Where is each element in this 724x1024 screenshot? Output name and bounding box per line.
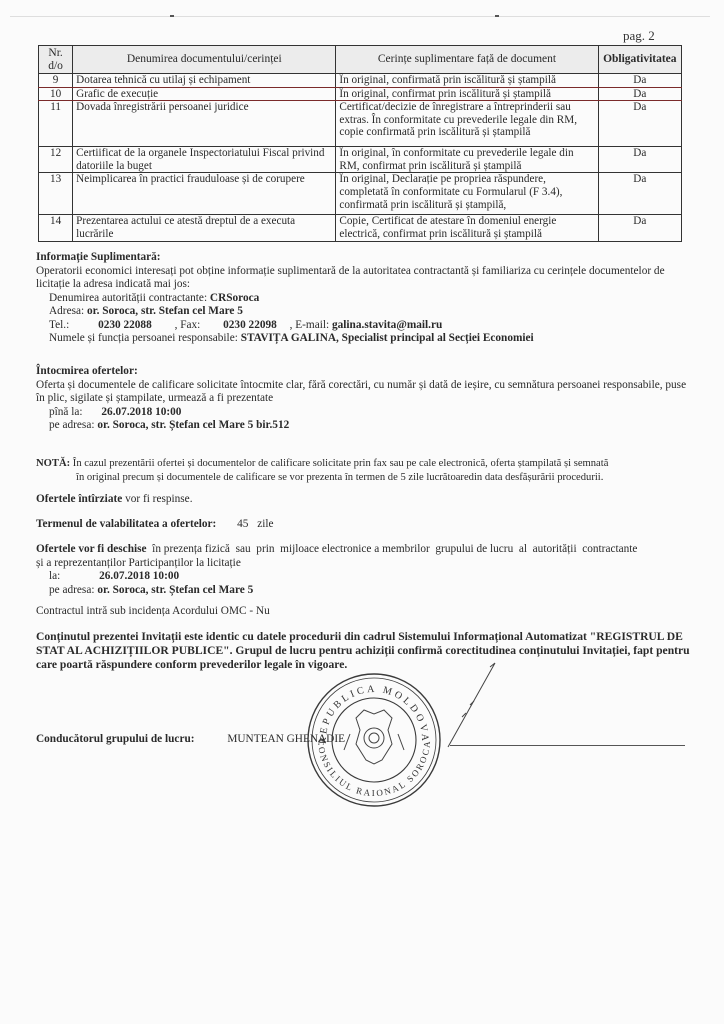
cell-requirements: În original, confirmată prin iscălitură … bbox=[336, 74, 598, 88]
opening-rest: în prezența fizică sau prin mijloace ele… bbox=[147, 543, 638, 555]
page-number: pag. 2 bbox=[623, 28, 655, 44]
opening-line-1: Ofertele vor fi deschise în prezența fiz… bbox=[36, 543, 696, 557]
note-line-1: NOTĂ: În cazul prezentării ofertei și do… bbox=[36, 457, 696, 471]
cell-requirements: În original, Declarație pe propriea răsp… bbox=[336, 173, 598, 215]
cell-mandatory: Da bbox=[598, 147, 681, 173]
table-row: 12 Certiificat de la organele Inspectori… bbox=[39, 147, 682, 173]
cell-mandatory: Da bbox=[598, 87, 681, 101]
opening-section: Ofertele vor fi deschise în prezența fiz… bbox=[36, 543, 696, 597]
cell-requirements: Copie, Certificat de atestare în domeniu… bbox=[336, 215, 598, 242]
authority-row: Denumirea autorității contractante: CRSo… bbox=[36, 292, 686, 306]
validity-unit: zile bbox=[257, 518, 273, 530]
col-header-mandatory: Obligativitatea bbox=[598, 46, 681, 74]
requirements-table: Nr. d/o Denumirea documentului/cerinței … bbox=[38, 45, 682, 242]
authority-label: Denumirea autorității contractante: bbox=[49, 292, 207, 304]
validity-line: Termenul de valabilitatea a ofertelor: 4… bbox=[36, 518, 274, 532]
late-offers-rest: vor fi respinse. bbox=[122, 493, 192, 505]
cell-document: Dotarea tehnică cu utilaj și echipament bbox=[73, 74, 336, 88]
tel-value: 0230 22088 bbox=[98, 319, 152, 331]
late-offers-bold: Ofertele întîrziate bbox=[36, 493, 122, 505]
signature-row: Conducătorul grupului de lucru: MUNTEAN … bbox=[36, 733, 345, 747]
offers-heading: Întocmirea ofertelor: bbox=[36, 365, 688, 379]
opening-bold: Ofertele vor fi deschise bbox=[36, 543, 147, 555]
cell-nr: 13 bbox=[39, 173, 73, 215]
table-row: 13 Neimplicarea în practici frauduloase … bbox=[39, 173, 682, 215]
note-text-1: În cazul prezentării ofertei și document… bbox=[73, 458, 609, 469]
statement-paragraph: Conținutul prezentei Invitații este iden… bbox=[36, 630, 696, 672]
tel-label: Tel.: bbox=[49, 319, 69, 331]
signature-stroke-icon bbox=[440, 655, 500, 755]
scan-artifact-line bbox=[10, 16, 710, 17]
address-label: Adresa: bbox=[49, 305, 84, 317]
responsible-person-value: STAVIȚA GALINA, Specialist principal al … bbox=[241, 332, 534, 344]
scan-artifact-dot bbox=[495, 15, 499, 17]
offers-address-row: pe adresa: or. Soroca, str. Ștefan cel M… bbox=[36, 419, 688, 433]
offers-text: Oferta și documentele de calificare soli… bbox=[36, 379, 688, 406]
opening-address-label: pe adresa: bbox=[49, 584, 94, 596]
address-value: or. Soroca, str. Stefan cel Mare 5 bbox=[87, 305, 243, 317]
col-header-requirements: Cerințe suplimentare față de document bbox=[336, 46, 598, 74]
table-row: 10 Grafic de execuție În original, confi… bbox=[39, 87, 682, 101]
offers-address-label: pe adresa: bbox=[49, 419, 94, 431]
official-stamp-icon: REPUBLICA MOLDOVA CONSILIUL RAIONAL SORO… bbox=[304, 670, 444, 810]
cell-requirements: Certificat/decizie de înregistrare a înt… bbox=[336, 101, 598, 147]
table-row: 9 Dotarea tehnică cu utilaj și echipamen… bbox=[39, 74, 682, 88]
cell-requirements: În original, confirmat prin iscălitură ș… bbox=[336, 87, 598, 101]
opening-address-row: pe adresa: or. Soroca, str. Ștefan cel M… bbox=[36, 584, 696, 598]
validity-label: Termenul de valabilitatea a ofertelor: bbox=[36, 518, 216, 530]
fax-label: , Fax: bbox=[175, 319, 201, 331]
cell-document: Prezentarea actului ce atestă dreptul de… bbox=[73, 215, 336, 242]
validity-value: 45 bbox=[237, 518, 248, 530]
deadline-value: 26.07.2018 10:00 bbox=[101, 406, 181, 418]
opening-date-label: la: bbox=[49, 570, 60, 582]
offers-address-value: or. Soroca, str. Ștefan cel Mare 5 bir.5… bbox=[97, 419, 289, 431]
col-header-document: Denumirea documentului/cerinței bbox=[73, 46, 336, 74]
offers-deadline-row: pînă la: 26.07.2018 10:00 bbox=[36, 406, 688, 420]
responsible-person-row: Numele și funcția persoanei responsabile… bbox=[36, 332, 686, 346]
cell-document: Grafic de execuție bbox=[73, 87, 336, 101]
cell-mandatory: Da bbox=[598, 74, 681, 88]
col-header-nr: Nr. d/o bbox=[39, 46, 73, 74]
note-label: NOTĂ: bbox=[36, 458, 70, 469]
authority-value: CRSoroca bbox=[210, 292, 259, 304]
cell-document: Dovada înregistrării persoanei juridice bbox=[73, 101, 336, 147]
additional-info-heading: Informație Suplimentară: bbox=[36, 251, 686, 265]
omc-line: Contractul intră sub incidența Acordului… bbox=[36, 605, 270, 619]
scan-artifact-dot bbox=[170, 15, 174, 17]
cell-mandatory: Da bbox=[598, 215, 681, 242]
opening-date-value: 26.07.2018 10:00 bbox=[99, 570, 179, 582]
responsible-person-label: Numele și funcția persoanei responsabile… bbox=[49, 332, 238, 344]
cell-mandatory: Da bbox=[598, 101, 681, 147]
email-label: , E-mail: bbox=[290, 319, 330, 331]
cell-nr: 12 bbox=[39, 147, 73, 173]
opening-address-value: or. Soroca, str. Ștefan cel Mare 5 bbox=[97, 584, 253, 596]
cell-nr: 10 bbox=[39, 87, 73, 101]
note-text-2: în original precum și documentele de cal… bbox=[36, 471, 696, 485]
deadline-label: pînă la: bbox=[49, 406, 83, 418]
table-row: 14 Prezentarea actului ce atestă dreptul… bbox=[39, 215, 682, 242]
fax-value: 0230 22098 bbox=[223, 319, 277, 331]
offers-preparation-section: Întocmirea ofertelor: Oferta și document… bbox=[36, 365, 688, 433]
cell-document: Neimplicarea în practici frauduloase și … bbox=[73, 173, 336, 215]
cell-nr: 11 bbox=[39, 101, 73, 147]
additional-info-intro: Operatorii economici interesați pot obți… bbox=[36, 265, 686, 292]
cell-nr: 14 bbox=[39, 215, 73, 242]
additional-info-section: Informație Suplimentară: Operatorii econ… bbox=[36, 251, 686, 346]
cell-nr: 9 bbox=[39, 74, 73, 88]
opening-date-row: la: 26.07.2018 10:00 bbox=[36, 570, 696, 584]
contact-row: Tel.: 0230 22088 , Fax: 0230 22098 , E-m… bbox=[36, 319, 686, 333]
cell-document: Certiificat de la organele Inspectoriatu… bbox=[73, 147, 336, 173]
address-row: Adresa: or. Soroca, str. Stefan cel Mare… bbox=[36, 305, 686, 319]
table-header-row: Nr. d/o Denumirea documentului/cerinței … bbox=[39, 46, 682, 74]
email-link[interactable]: galina.stavita@mail.ru bbox=[332, 319, 442, 331]
opening-line-2: și a reprezentanților Participanților la… bbox=[36, 557, 696, 571]
late-offers-line: Ofertele întîrziate vor fi respinse. bbox=[36, 493, 193, 507]
cell-mandatory: Da bbox=[598, 173, 681, 215]
note-section: NOTĂ: În cazul prezentării ofertei și do… bbox=[36, 457, 696, 484]
signature-label: Conducătorul grupului de lucru: bbox=[36, 733, 195, 745]
cell-requirements: În original, în conformitate cu preveder… bbox=[336, 147, 598, 173]
table-row: 11 Dovada înregistrării persoanei juridi… bbox=[39, 101, 682, 147]
